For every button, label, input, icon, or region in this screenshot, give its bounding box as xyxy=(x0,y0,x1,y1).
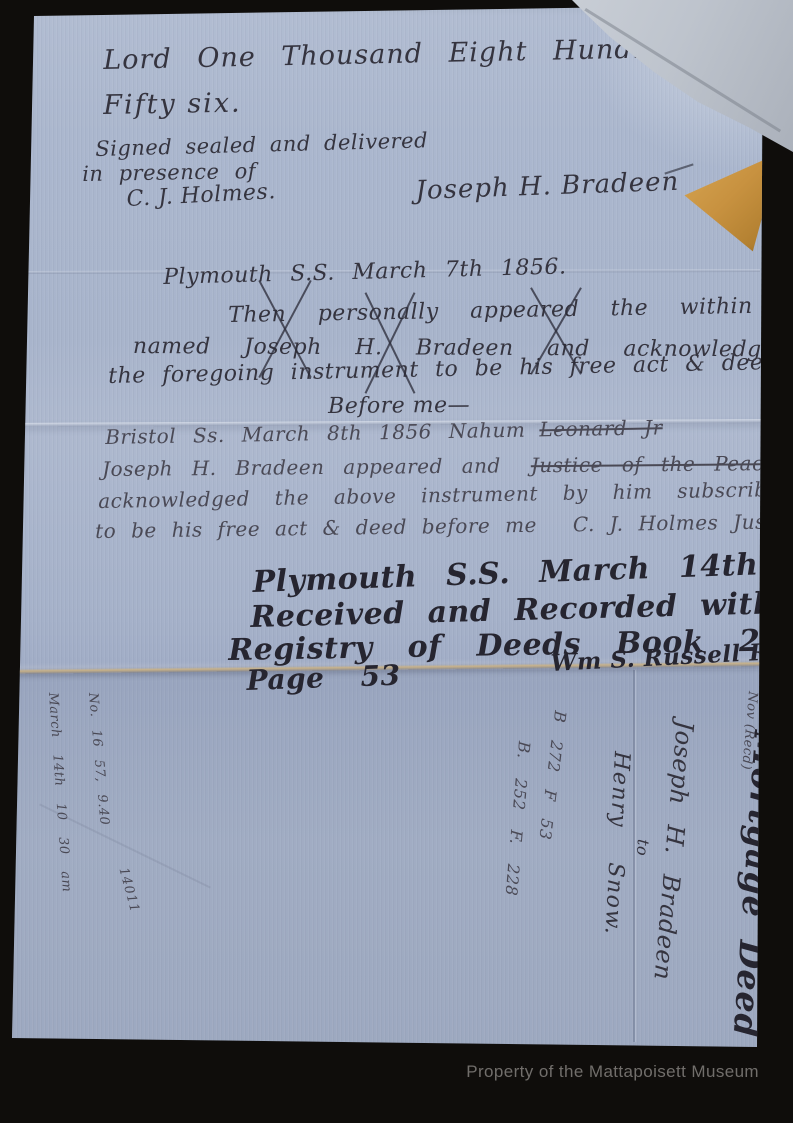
blue-deed-paper: Lord One Thousand Eight Hundred and Fift… xyxy=(0,0,793,1123)
docket-number-1: 2276 xyxy=(755,909,768,937)
ack-bristol-line-4-text: to be his free act & deed before me xyxy=(95,513,537,543)
vertical-fold-crease xyxy=(633,670,635,1042)
ack-bristol-line-2-text: Joseph H. Bradeen appeared and xyxy=(102,454,501,481)
ack-bristol-line-3: acknowledged the above instrument by him… xyxy=(98,477,793,513)
ack-bristol-line-2: Joseph H. Bradeen appeared andJustice of… xyxy=(102,451,783,481)
grantor-signature: Joseph H. Bradeen xyxy=(415,167,680,206)
ack-bristol-line-1-struck: Leonard Jr xyxy=(539,415,663,441)
ack-plymouth-heading: Plymouth S.S. March 7th 1856. xyxy=(163,254,567,290)
photograph-of-deed: Lord One Thousand Eight Hundred and Fift… xyxy=(0,0,793,1123)
docket-number-2: 2311 xyxy=(767,917,780,945)
recording-page-ref: Page 53 xyxy=(246,659,401,697)
ack-plymouth-line-1: Then personally appeared the within xyxy=(228,294,753,328)
ack-plymouth-before-me: Before me— xyxy=(328,393,470,419)
attestation-line-1: Signed sealed and delivered xyxy=(95,128,428,161)
museum-watermark: Property of the Mattapoisett Museum xyxy=(466,1062,759,1082)
ack-bristol-line-2-struck: Justice of the Peace. xyxy=(531,451,783,477)
ack-bristol-line-4: to be his free act & deed before meC. J.… xyxy=(95,508,793,543)
docket-to: to xyxy=(633,838,653,857)
execution-line-2: Fifty six. xyxy=(103,88,242,121)
ack-bristol-justice-signature: C. J. Holmes Jus. Peace xyxy=(573,508,793,536)
ack-bristol-line-1: Bristol Ss. March 8th 1856 NahumLeonard … xyxy=(105,415,663,449)
